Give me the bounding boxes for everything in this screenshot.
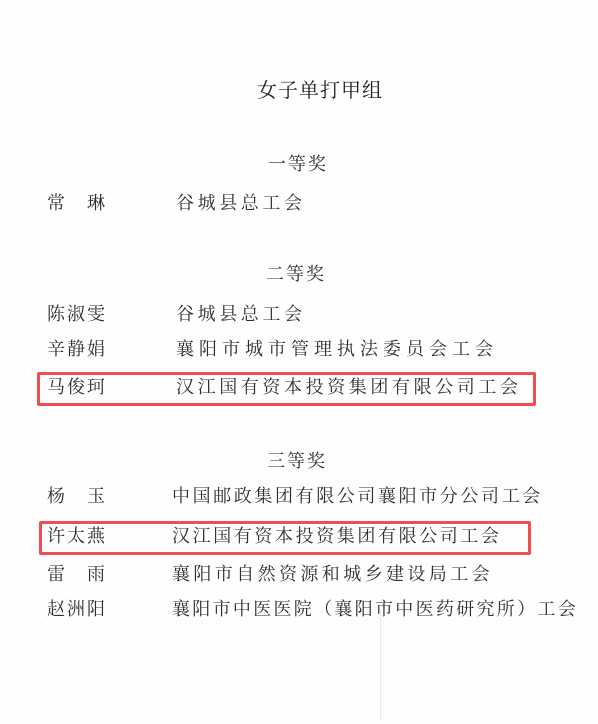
winner-organization: 谷城县总工会 bbox=[176, 302, 306, 328]
winner-name: 马俊珂 bbox=[47, 375, 107, 401]
document-page: 女子单打甲组 一等奖 常 琳 谷城县总工会 二等奖 陈淑雯 谷城县总工会 辛静娟… bbox=[0, 0, 598, 724]
winner-organization: 中国邮政集团有限公司襄阳市分公司工会 bbox=[172, 484, 543, 510]
award-entry: 杨 玉 中国邮政集团有限公司襄阳市分公司工会 bbox=[0, 484, 598, 510]
winner-organization: 襄阳市中医医院（襄阳市中医药研究所）工会 bbox=[172, 597, 578, 623]
award-entry: 雷 雨 襄阳市自然资源和城乡建设局工会 bbox=[0, 562, 598, 588]
winner-organization: 汉江国有资本投资集团有限公司工会 bbox=[176, 375, 522, 401]
winner-organization: 汉江国有资本投资集团有限公司工会 bbox=[172, 524, 502, 550]
winner-name: 雷 雨 bbox=[47, 562, 107, 588]
award-entry: 辛静娟 襄阳市城市管理执法委员会工会 bbox=[0, 337, 598, 363]
award-entry: 常 琳 谷城县总工会 bbox=[0, 191, 598, 217]
winner-name: 辛静娟 bbox=[47, 337, 107, 363]
award-entry: 赵洲阳 襄阳市中医医院（襄阳市中医药研究所）工会 bbox=[0, 597, 598, 623]
winner-name: 陈淑雯 bbox=[47, 302, 107, 328]
winner-name: 许太燕 bbox=[47, 524, 107, 550]
scan-artifact bbox=[380, 610, 381, 720]
winner-organization: 襄阳市自然资源和城乡建设局工会 bbox=[172, 562, 493, 588]
winner-name: 杨 玉 bbox=[47, 484, 107, 510]
winner-name: 赵洲阳 bbox=[47, 597, 107, 623]
award-entry-highlighted: 许太燕 汉江国有资本投资集团有限公司工会 bbox=[0, 524, 598, 550]
winner-organization: 襄阳市城市管理执法委员会工会 bbox=[176, 337, 498, 363]
award-entry: 陈淑雯 谷城县总工会 bbox=[0, 302, 598, 328]
award-entry-highlighted: 马俊珂 汉江国有资本投资集团有限公司工会 bbox=[0, 375, 598, 401]
section-heading-third-prize: 三等奖 bbox=[267, 450, 327, 474]
winner-name: 常 琳 bbox=[47, 191, 107, 217]
winner-organization: 谷城县总工会 bbox=[176, 191, 306, 217]
section-heading-first-prize: 一等奖 bbox=[268, 153, 328, 177]
section-heading-second-prize: 二等奖 bbox=[266, 263, 326, 287]
page-title: 女子单打甲组 bbox=[0, 76, 598, 104]
